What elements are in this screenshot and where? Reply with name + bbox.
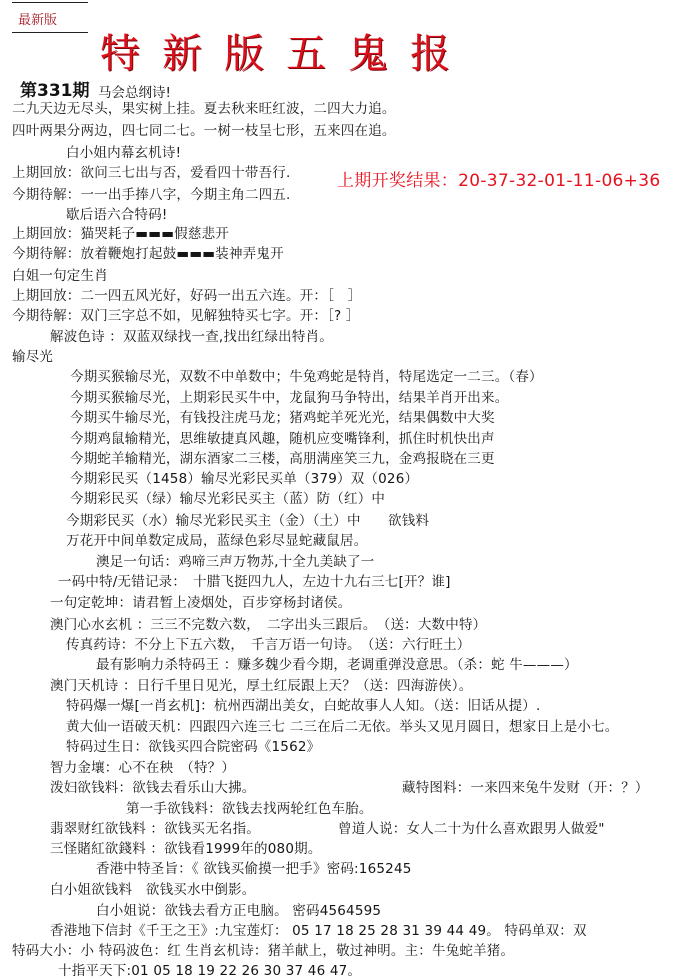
edition-badge: 最新版 [18,9,57,28]
top-rule [12,2,88,3]
poem-line: 澳足一句话：鸡啼三声万物苏,十全九美缺了一 [96,553,375,571]
poem-line: 智力金壤：心不在秧 （特？） [50,759,235,777]
section-heading: 歇后语六合特码! [66,206,168,224]
lose-line: 今期买猴输尽光，双数不中单数中；牛兔鸡蛇是特肖，特尾选定一二三。（春） [70,368,543,386]
riddle-line: 上期回放：欲问三七出与否，爱看四十带吾行. [12,164,291,182]
last-result: 上期开奖结果：20-37-32-01-11-06+36 [337,166,660,191]
lose-line: 今期买猴输尽光，上期彩民买牛中，龙鼠狗马争特出，结果羊肖开出来。 [70,389,508,407]
lose-line: 今期蛇羊输精光，湖东酒家二三楼，高朋满座笑三九，金鸡报晓在三更 [70,450,495,468]
riddle-line: 上期回放：二一四五风光好，好码一出五六连。开：［ ］ [12,287,361,305]
lose-line: 今期彩民买（绿）输尽光彩民买主（蓝）防（红）中 [70,490,385,508]
issue-number: 第331期 [20,76,90,101]
money-line: 曾道人说：女人二十为什么喜欢跟男人做爱" [338,820,605,838]
numbers-line: 香港地下信封《千王之王》:九宝莲灯： 05 17 18 25 28 31 39 … [50,922,587,940]
record-line: 一码中特/无错记录： 十腊飞挺四九人，左边十九右三七[开？谁] [58,573,451,591]
section-heading: 白小姐内幕玄机诗! [66,144,181,162]
riddle-line: 上期回放：猫哭耗子▬▬▬假慈悲开 [12,225,229,243]
poem-line: 特码过生日：欲钱买四合院密码《1562》 [66,738,320,756]
money-line: 藏特图料：一来四来兔牛发财（开：？） [402,779,649,797]
page-title: 特新版五鬼报 [100,22,472,79]
section-heading: 白姐一句定生肖 [12,267,108,285]
money-line: 泼妇欲钱料：欲钱去看乐山大拂。 [50,779,256,797]
poem-line: 二九天边无尽头，果实树上挂。夏去秋来旺红波，二四大力追。 [12,100,396,118]
lose-line: 今期鸡鼠输精光，思维敏捷真风趣，随机应变嘴锋利，抓住时机快出声 [70,430,495,448]
money-line: 白小姐欲钱料 欲钱买水中倒影。 [50,881,256,899]
poem-line: 特码爆一爆[一肖玄机]：杭州西湖出美女，白蛇故事人人知。（送：旧话从提）. [66,697,540,715]
poem-line: 四叶两果分两边，四七同二七。一树一枝呈七形，五来四在追。 [12,122,396,140]
money-line: 第一手欲钱料：欲钱去找两轮红色车胎。 [126,800,373,818]
poem-line: 最有影响力杀特码王 ：赚多魏少看今期，老调重弹没意思。（杀：蛇 牛———） [96,656,578,674]
color-poem: 解波色诗 ：双蓝双绿找一查,找出红绿出特肖。 [50,328,333,346]
issue-subtitle: 马会总纲诗! [98,81,171,101]
poem-line: 黄大仙一语破天机：四跟四六连三七 二三在后二无依。举头又见月圆日，想家日上是小七… [66,718,619,736]
poem-line: 传真药诗：不分上下五六数， 千言万语一句诗。 （送：六行旺土） [66,636,470,654]
money-line: 三怪賭紅欲錢料 ：欲钱看1999年的080期。 [50,840,322,858]
money-line: 翡翠财红欲钱料 ：欲钱买无名指。 [50,820,260,838]
riddle-line: 今期待解：双门三字总不如，见解独特买七字。开：［? ］ [12,307,360,325]
badge-rule [12,32,88,33]
lose-line: 今期彩民买（水）输尽光彩民买主（金）（土）中 欲钱料 [66,512,429,530]
numbers-line: 十指平天下:01 05 18 19 22 26 30 37 46 47。 [58,962,361,980]
poem-line: 澳门天机诗 ：日行千里日见光，厚土红辰跟上天？（送：四海游侠）。 [50,677,472,695]
poem-line: 一句定乾坤：请君暂上凌烟处，百步穿杨封诸侯。 [50,594,351,612]
section-heading: 输尽光 [12,348,53,366]
riddle-line: 今期待解：一一出手捧八字，今期主角二四五. [12,186,291,204]
last-result-numbers: 20-37-32-01-11-06+36 [458,171,660,191]
riddle-line: 今期待解：放着鞭炮打起鼓▬▬▬装神弄鬼开 [12,245,284,263]
last-result-label: 上期开奖结果： [337,171,458,191]
poem-line: 万花开中间单数定成局，蓝绿色彩尽显蛇藏鼠居。 [66,532,367,550]
poem-line: 澳门心水玄机 ：三三不完数六数， 二字出头三跟后。 （送：大数中特） [50,616,486,634]
lose-line: 今期买牛输尽光，有钱投注虎马龙；猪鸡蛇羊死光光，结果偶数中大奖 [70,409,495,427]
money-line: 白小姐说：欲钱去看方正电脑。 密码4564595 [96,902,381,920]
summary-line: 特码大小：小 特码波色：红 生肖玄机诗：猪羊献上，敬过神明。主：牛兔蛇羊猪。 [12,942,514,960]
lose-line: 今期彩民买（1458）输尽光彩民买单（379）双（026） [70,470,418,488]
money-line: 香港中特圣旨：《 欲钱买偷摸一把手》密码:165245 [96,860,412,878]
